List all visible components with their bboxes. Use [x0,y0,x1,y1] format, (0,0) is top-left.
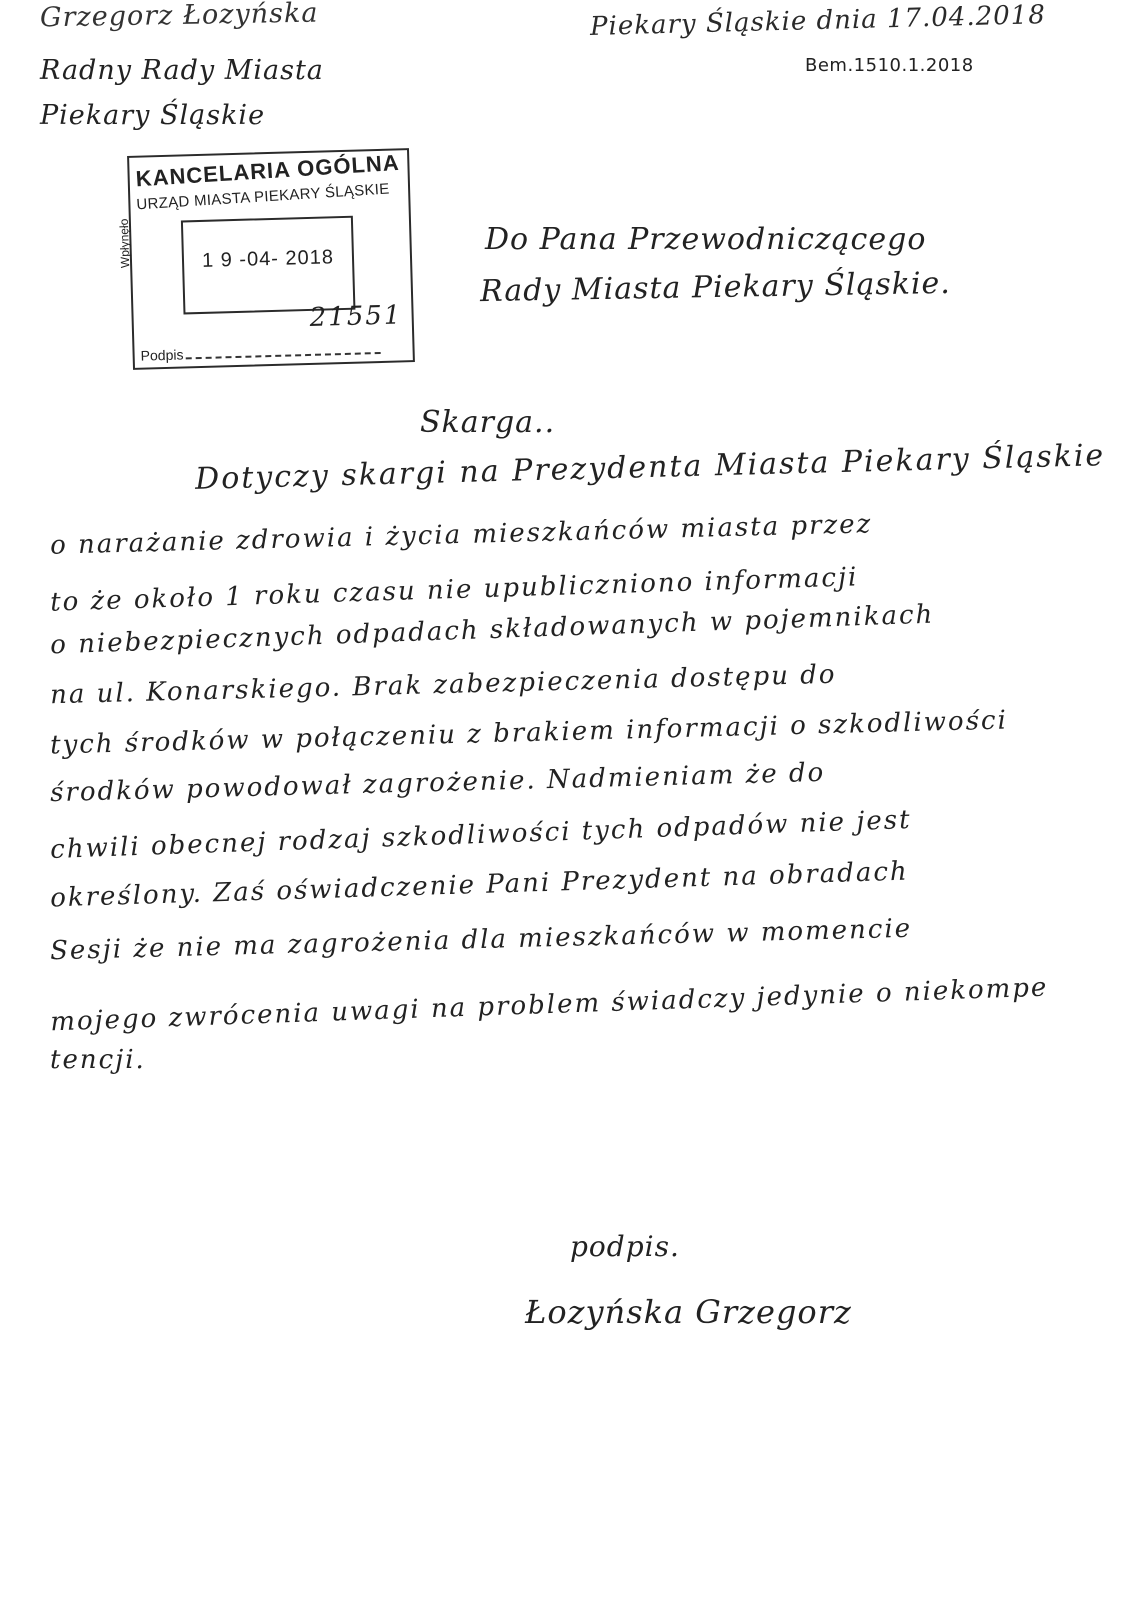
document-title: Skarga.. [420,405,555,440]
stamp-date: 1 9 -04- 2018 [184,246,353,274]
sender-title: Radny Rady Miasta [40,55,324,86]
sender-city: Piekary Śląskie [40,100,265,131]
body-line: tych środków w połączeniu z brakiem info… [50,705,1008,760]
body-line: Dotyczy skargi na Prezydenta Miasta Piek… [195,438,1106,497]
sender-name: Grzegorz Łozyńska [40,0,319,33]
body-line: tencji. [50,1045,146,1075]
body-line: mojego zwrócenia uwagi na problem świadc… [50,973,1049,1038]
stamp-date-box: 1 9 -04- 2018 [181,216,356,315]
body-line: na ul. Konarskiego. Brak zabezpieczenia … [50,660,837,711]
stamp-signature-dotted-line [186,352,381,359]
addressee-line: Do Pana Przewodniczącego [485,222,926,257]
reference-number: Bem.1510.1.2018 [805,55,974,76]
stamp-signature-line: Podpis [140,341,380,364]
intake-stamp: KANCELARIA OGÓLNA URZĄD MIASTA PIEKARY Ś… [127,148,415,370]
addressee-line: Rady Miasta Piekary Śląskie. [480,266,951,309]
body-line: środków powodował zagrożenie. Nadmieniam… [50,758,826,808]
signature-label: podpis. [570,1230,680,1263]
body-line: określony. Zaś oświadczenie Pani Prezyde… [50,857,909,914]
stamp-received-label: Wpłynęło [117,219,132,269]
body-line: Sesji że nie ma zagrożenia dla mieszkańc… [50,914,913,967]
stamp-registration-number: 21551 [309,300,403,333]
body-line: o narażanie zdrowia i życia mieszkańców … [50,509,873,561]
place-and-date: Piekary Śląskie dnia 17.04.2018 [590,0,1047,42]
stamp-signature-label: Podpis [140,346,183,363]
signature-name: Łozyńska Grzegorz [525,1293,852,1331]
body-line: chwili obecnej rodzaj szkodliwości tych … [50,805,912,865]
